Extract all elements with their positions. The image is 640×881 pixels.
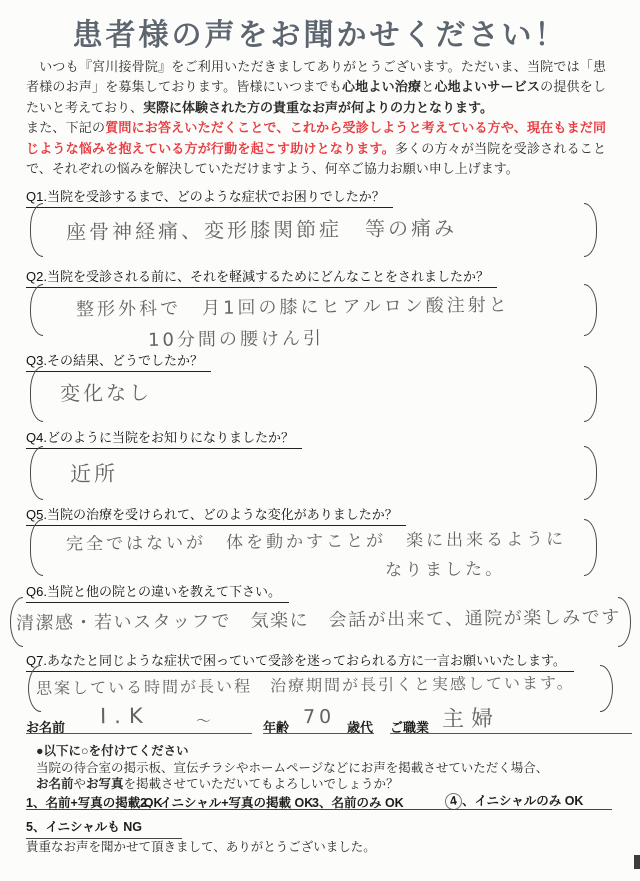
answer-2-handwriting-line2: 10分間の腰けん引 bbox=[148, 324, 324, 352]
answer-7-handwriting: 思案している時間が長い程 治療期間が長引くと実感しています。 bbox=[36, 670, 575, 699]
answer-7-bracket-right bbox=[600, 665, 613, 712]
intro-p2: また、下記の質問にお答えいただくことで、これから受診しようと考えている方や、現在… bbox=[26, 118, 606, 179]
answer-4-handwriting: 近所 bbox=[70, 458, 118, 489]
answer-4-bracket-right bbox=[584, 446, 597, 500]
scan-artifact-speck bbox=[634, 855, 640, 869]
question-2-label: Q2.当院を受診される前に、それを軽減するためにどんなことをされましたか？ bbox=[26, 266, 497, 288]
questionnaire-scan-page: 患者様の声をお聞かせください！ いつも『宮川接骨院』をご利用いただきましてありが… bbox=[0, 0, 640, 881]
intro-bold-comfort-service: 心地よいサービス bbox=[434, 79, 540, 94]
answer-5-handwriting-line1: 完全ではないが 体を動かすことが 楽に出来るように bbox=[66, 524, 566, 554]
intro-p1: いつも『宮川接骨院』をご利用いただきましてありがとうございます。ただいま、当院で… bbox=[26, 57, 606, 118]
question-7-label: Q7.あなたと同じような症状で困っていて受診を迷っておられる方に一言お願いいたし… bbox=[26, 650, 574, 672]
question-1-label: Q1.当院を受診するまで、どのような症状でお困りでしたか？ bbox=[26, 186, 393, 208]
answer-5-bracket-left bbox=[30, 519, 43, 576]
name-handwritten-value: I.K bbox=[100, 704, 151, 729]
question-3-label: Q3.その結果、どうでしたか？ bbox=[26, 350, 211, 372]
answer-5-bracket-right bbox=[584, 519, 597, 576]
answer-2-bracket-left bbox=[30, 284, 43, 336]
name-field-underline bbox=[26, 733, 252, 734]
question-6-label: Q6.当院と他の院との違いを教えて下さい。 bbox=[26, 581, 289, 603]
age-field-underline bbox=[263, 733, 374, 734]
answer-2-handwriting-line1: 整形外科で 月1回の膝にヒアルロン酸注射と bbox=[76, 291, 510, 322]
intro-bold-voice-power: 実際に体験された方の貴重なお声が何よりの力となります。 bbox=[143, 100, 493, 115]
circle-instruction: ●以下に○を付けてください bbox=[36, 741, 189, 759]
intro-paragraph: いつも『宮川接骨院』をご利用いただきましてありがとうございます。ただいま、当院で… bbox=[26, 57, 606, 179]
answer-3-bracket-left bbox=[30, 366, 43, 422]
job-handwritten-value: 主婦 bbox=[442, 702, 500, 734]
page-title: 患者様の声をお聞かせください！ bbox=[0, 10, 640, 54]
intro-bold-comfort-treatment: 心地よい治療 bbox=[342, 79, 421, 94]
closing-thanks-text: 貴重なお声を聞かせて頂きまして、ありがとうございました。 bbox=[26, 837, 376, 855]
question-4-label: Q4.どのように当院をお知りになりましたか？ bbox=[26, 427, 302, 449]
age-handwritten-value: 70 bbox=[303, 706, 335, 728]
options-row-underline bbox=[26, 794, 612, 810]
answer-3-handwriting: 変化なし bbox=[60, 377, 152, 407]
job-field-underline bbox=[390, 733, 632, 734]
answer-4-bracket-left bbox=[30, 446, 43, 500]
answer-1-handwriting: 座骨神経痛、変形膝関節症 等の痛み bbox=[66, 212, 457, 245]
answer-1-bracket-left bbox=[30, 203, 43, 257]
publish-text-line2: お名前やお写真を掲載させていただいてもよろしいでしょうか？ bbox=[36, 774, 399, 792]
answer-3-bracket-right bbox=[584, 366, 597, 422]
name-tilde-mark: 〜 bbox=[196, 710, 214, 731]
answer-2-bracket-right bbox=[584, 284, 597, 336]
publish-option-5: 5、イニシャルも NG bbox=[26, 817, 182, 839]
answer-6-handwriting: 清潔感・若いスタッフで 気楽に 会話が出来て、通院が楽しみです bbox=[16, 603, 621, 635]
answer-1-bracket-right bbox=[584, 203, 597, 257]
question-5-label: Q5.当院の治療を受けられて、どのような変化がありましたか？ bbox=[26, 504, 406, 526]
answer-5-handwriting-line2: なりました。 bbox=[385, 554, 505, 580]
